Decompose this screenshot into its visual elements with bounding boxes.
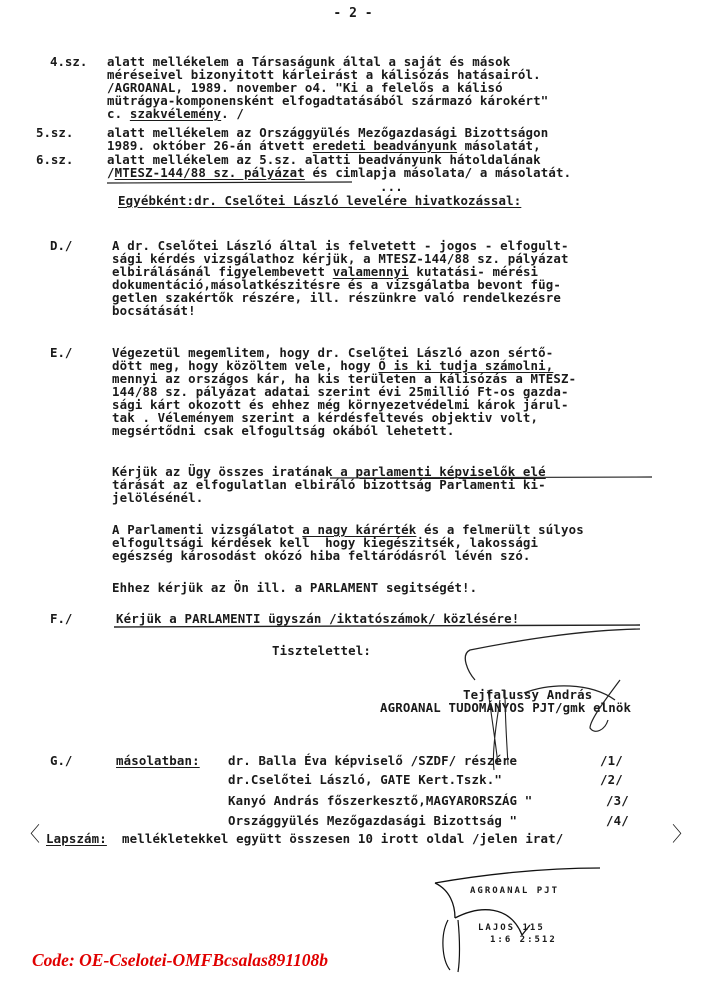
stamp-stroke: [435, 883, 455, 918]
stamp-stroke: [455, 910, 530, 935]
document-page: - 2 - 4.sz. alatt mellékelem a Társaságu…: [0, 0, 706, 996]
hand-underline: [107, 182, 352, 183]
signature-stroke: [590, 680, 620, 731]
signature-stroke: [465, 629, 640, 680]
signature-stroke: [524, 686, 615, 700]
signature-stroke: [488, 690, 508, 770]
stamp-stroke: [435, 868, 600, 883]
handwritten-marks: [0, 0, 706, 996]
document-code: Code: OE-Cselotei-OMFBcsalas891108b: [32, 950, 328, 971]
hand-underline: [114, 625, 640, 627]
stamp-stroke: [443, 920, 460, 972]
hand-underline: [330, 477, 652, 478]
